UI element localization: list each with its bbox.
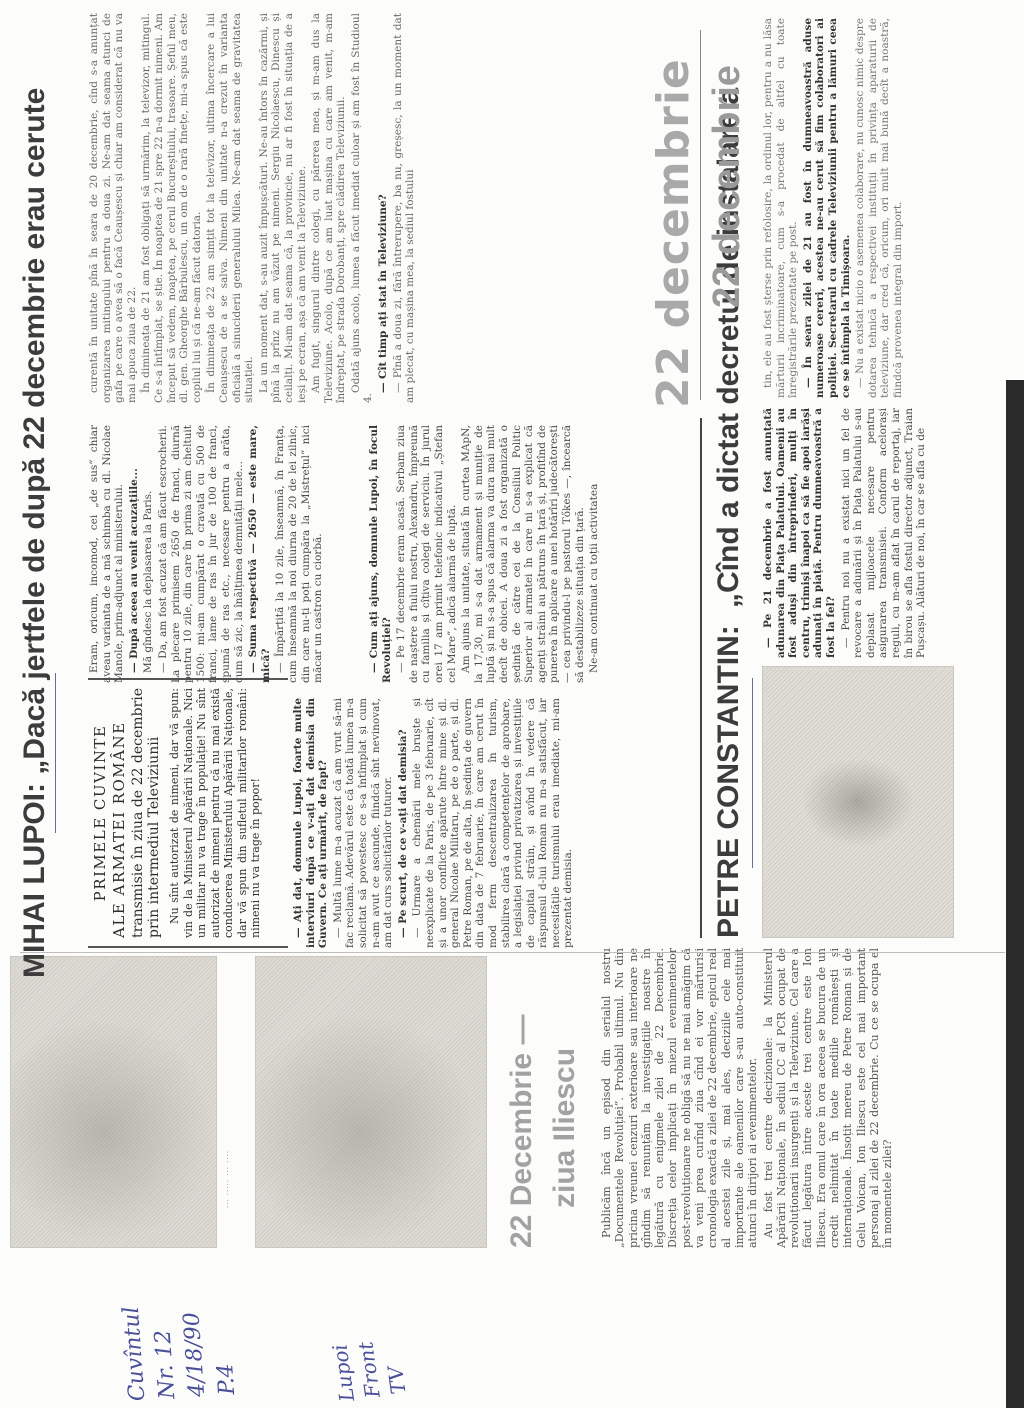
constantin-headline-underline: [752, 678, 753, 868]
lupoi-paragraph: Mă gîndesc la deplasarea la Paris.: [142, 425, 155, 683]
lupoi-paragraph: — Cît timp ați stat în Televiziune?: [377, 13, 390, 403]
lupoi-paragraph: În dimineața de 21 am fost obligați să u…: [140, 13, 203, 403]
lupoi-paragraph: — Da, am fost acuzat că am făcut escroch…: [157, 425, 245, 683]
lupoi-paragraph: — Împărțită la 10 zile, înseamnă, în Fra…: [274, 425, 324, 683]
portrait-petre-constantin: [762, 666, 954, 938]
big-date-heading: 22 decembrie: [648, 58, 699, 408]
lupoi-paragraph: — Pe scurt, de ce v-ați dat demisia?: [397, 698, 410, 948]
lupoi-column-2: Eram, oricum, incomod, cei „de sus” chia…: [88, 425, 358, 683]
lupoi-column-4: curentă în unitate pînă în seara de 20 d…: [88, 13, 648, 403]
iliescu-headline-line1: 22 Decembrie —: [505, 1015, 539, 1248]
lupoi-paragraph: curentă în unitate pînă în seara de 20 d…: [88, 13, 138, 403]
iliescu-body: Publicăm încă un episod din serialul nos…: [600, 948, 1010, 1248]
left-column-rule: [20, 952, 1005, 953]
lupoi-paragraph: Eram, oricum, incomod, cei „de sus” chia…: [88, 425, 126, 683]
lupoi-paragraph: — Urmare a chemării mele bruște și neexp…: [411, 698, 575, 948]
lupoi-paragraph: — Multă lume m-a acuzat că am vrut să-mi…: [332, 698, 395, 948]
lupoi-paragraph: — Ați dat, domnule Lupoi, foarte multe i…: [292, 698, 330, 948]
scan-edge: [1006, 380, 1024, 1408]
lupoi-paragraph: — Suma respectivă — 2650 — este mare, mi…: [247, 425, 272, 683]
lupoi-paragraph: La un moment dat, s-au auzit împușcături…: [258, 13, 308, 403]
handwritten-source-note: Cuvîntul Nr. 12 4/18/90 P.4: [117, 1299, 243, 1402]
lupoi-headline: MIHAI LUPOI: „Dacă jertfele de după 22 d…: [18, 88, 52, 978]
photo-bottom: [255, 956, 487, 1248]
lupoi-paragraph: — Pe 17 decembrie eram acasă. Serbam ziu…: [395, 425, 458, 683]
photo-caption: ... ..... ... ....: [222, 1150, 230, 1208]
constantin-paragraph: — Nu a existat nicio o asemenea colabora…: [854, 18, 904, 398]
box-subtitle: transmisie în ziua de 22 decembrie prin …: [130, 688, 162, 938]
constantin-top-rule: [700, 418, 702, 938]
lupoi-paragraph: În dimineața de 22 am simțit tot la tele…: [205, 13, 255, 403]
handwritten-topic-note: Lupoi Front TV: [326, 1335, 411, 1403]
box-title-line1: PRIMELE CUVINTE: [92, 688, 109, 938]
constantin-paragraph: — Pentru noi nu a existat nici un fel de…: [840, 408, 928, 658]
iliescu-paragraph: Au fost trei centre decizionale: la Mini…: [762, 948, 895, 1248]
lupoi-column-3: — Cum ați ajuns, domnule Lupoi, în focul…: [368, 425, 698, 683]
section-divider: [700, 30, 701, 400]
armata-statement-box: PRIMELE CUVINTE ALE ARMATEI ROMÂNE trans…: [88, 678, 288, 948]
lupoi-paragraph: — După aceea au venit acuzațiile...: [128, 425, 141, 683]
iliescu-paragraph: Publicăm încă un episod din serialul nos…: [600, 948, 760, 1248]
newspaper-page: Cuvîntul Nr. 12 4/18/90 P.4 Lupoi Front …: [0, 0, 1024, 1408]
constantin-paragraph: — Pe 21 decembrie a fost anunțată adunar…: [762, 408, 838, 658]
lupoi-column-1: — Ați dat, domnule Lupoi, foarte multe i…: [292, 698, 700, 948]
constantin-column-2: tin, ele au fost șterse prin refolosire,…: [762, 18, 1002, 398]
constantin-column-1: — Pe 21 decembrie a fost anunțată adunar…: [762, 408, 997, 658]
lupoi-paragraph: Am ajuns la unitate, situată în curtea M…: [460, 425, 586, 683]
lupoi-paragraph: Odată ajuns acolo, lumea a făcut imediat…: [350, 13, 375, 403]
iliescu-headline-line2: ziua Iliescu: [548, 1048, 582, 1208]
lupoi-paragraph: — Cum ați ajuns, domnule Lupoi, în focul…: [368, 425, 393, 683]
constantin-paragraph: tin, ele au fost șterse prin refolosire,…: [762, 18, 800, 398]
box-title-line2: ALE ARMATEI ROMÂNE: [111, 688, 128, 938]
box-body: Nu sînt autorizat de nimeni, dar vă spun…: [168, 688, 263, 938]
lupoi-paragraph: — Pînă a doua zi, fără întrerupere, ba n…: [392, 13, 417, 403]
constantin-headline-name: PETRE CONSTANTIN:: [712, 625, 746, 938]
constantin-side-date: 22 decembrie: [706, 65, 749, 308]
lupoi-paragraph: Am fugit, singurul dintre colegi, cu păr…: [310, 13, 348, 403]
lupoi-headline-underline: [55, 673, 56, 833]
constantin-paragraph: — În seara zilei de 21 au fost în dumnea…: [802, 18, 852, 398]
lupoi-paragraph: Ne-am continuat cu toții activitatea: [588, 425, 601, 683]
photo-top: [10, 956, 217, 1248]
